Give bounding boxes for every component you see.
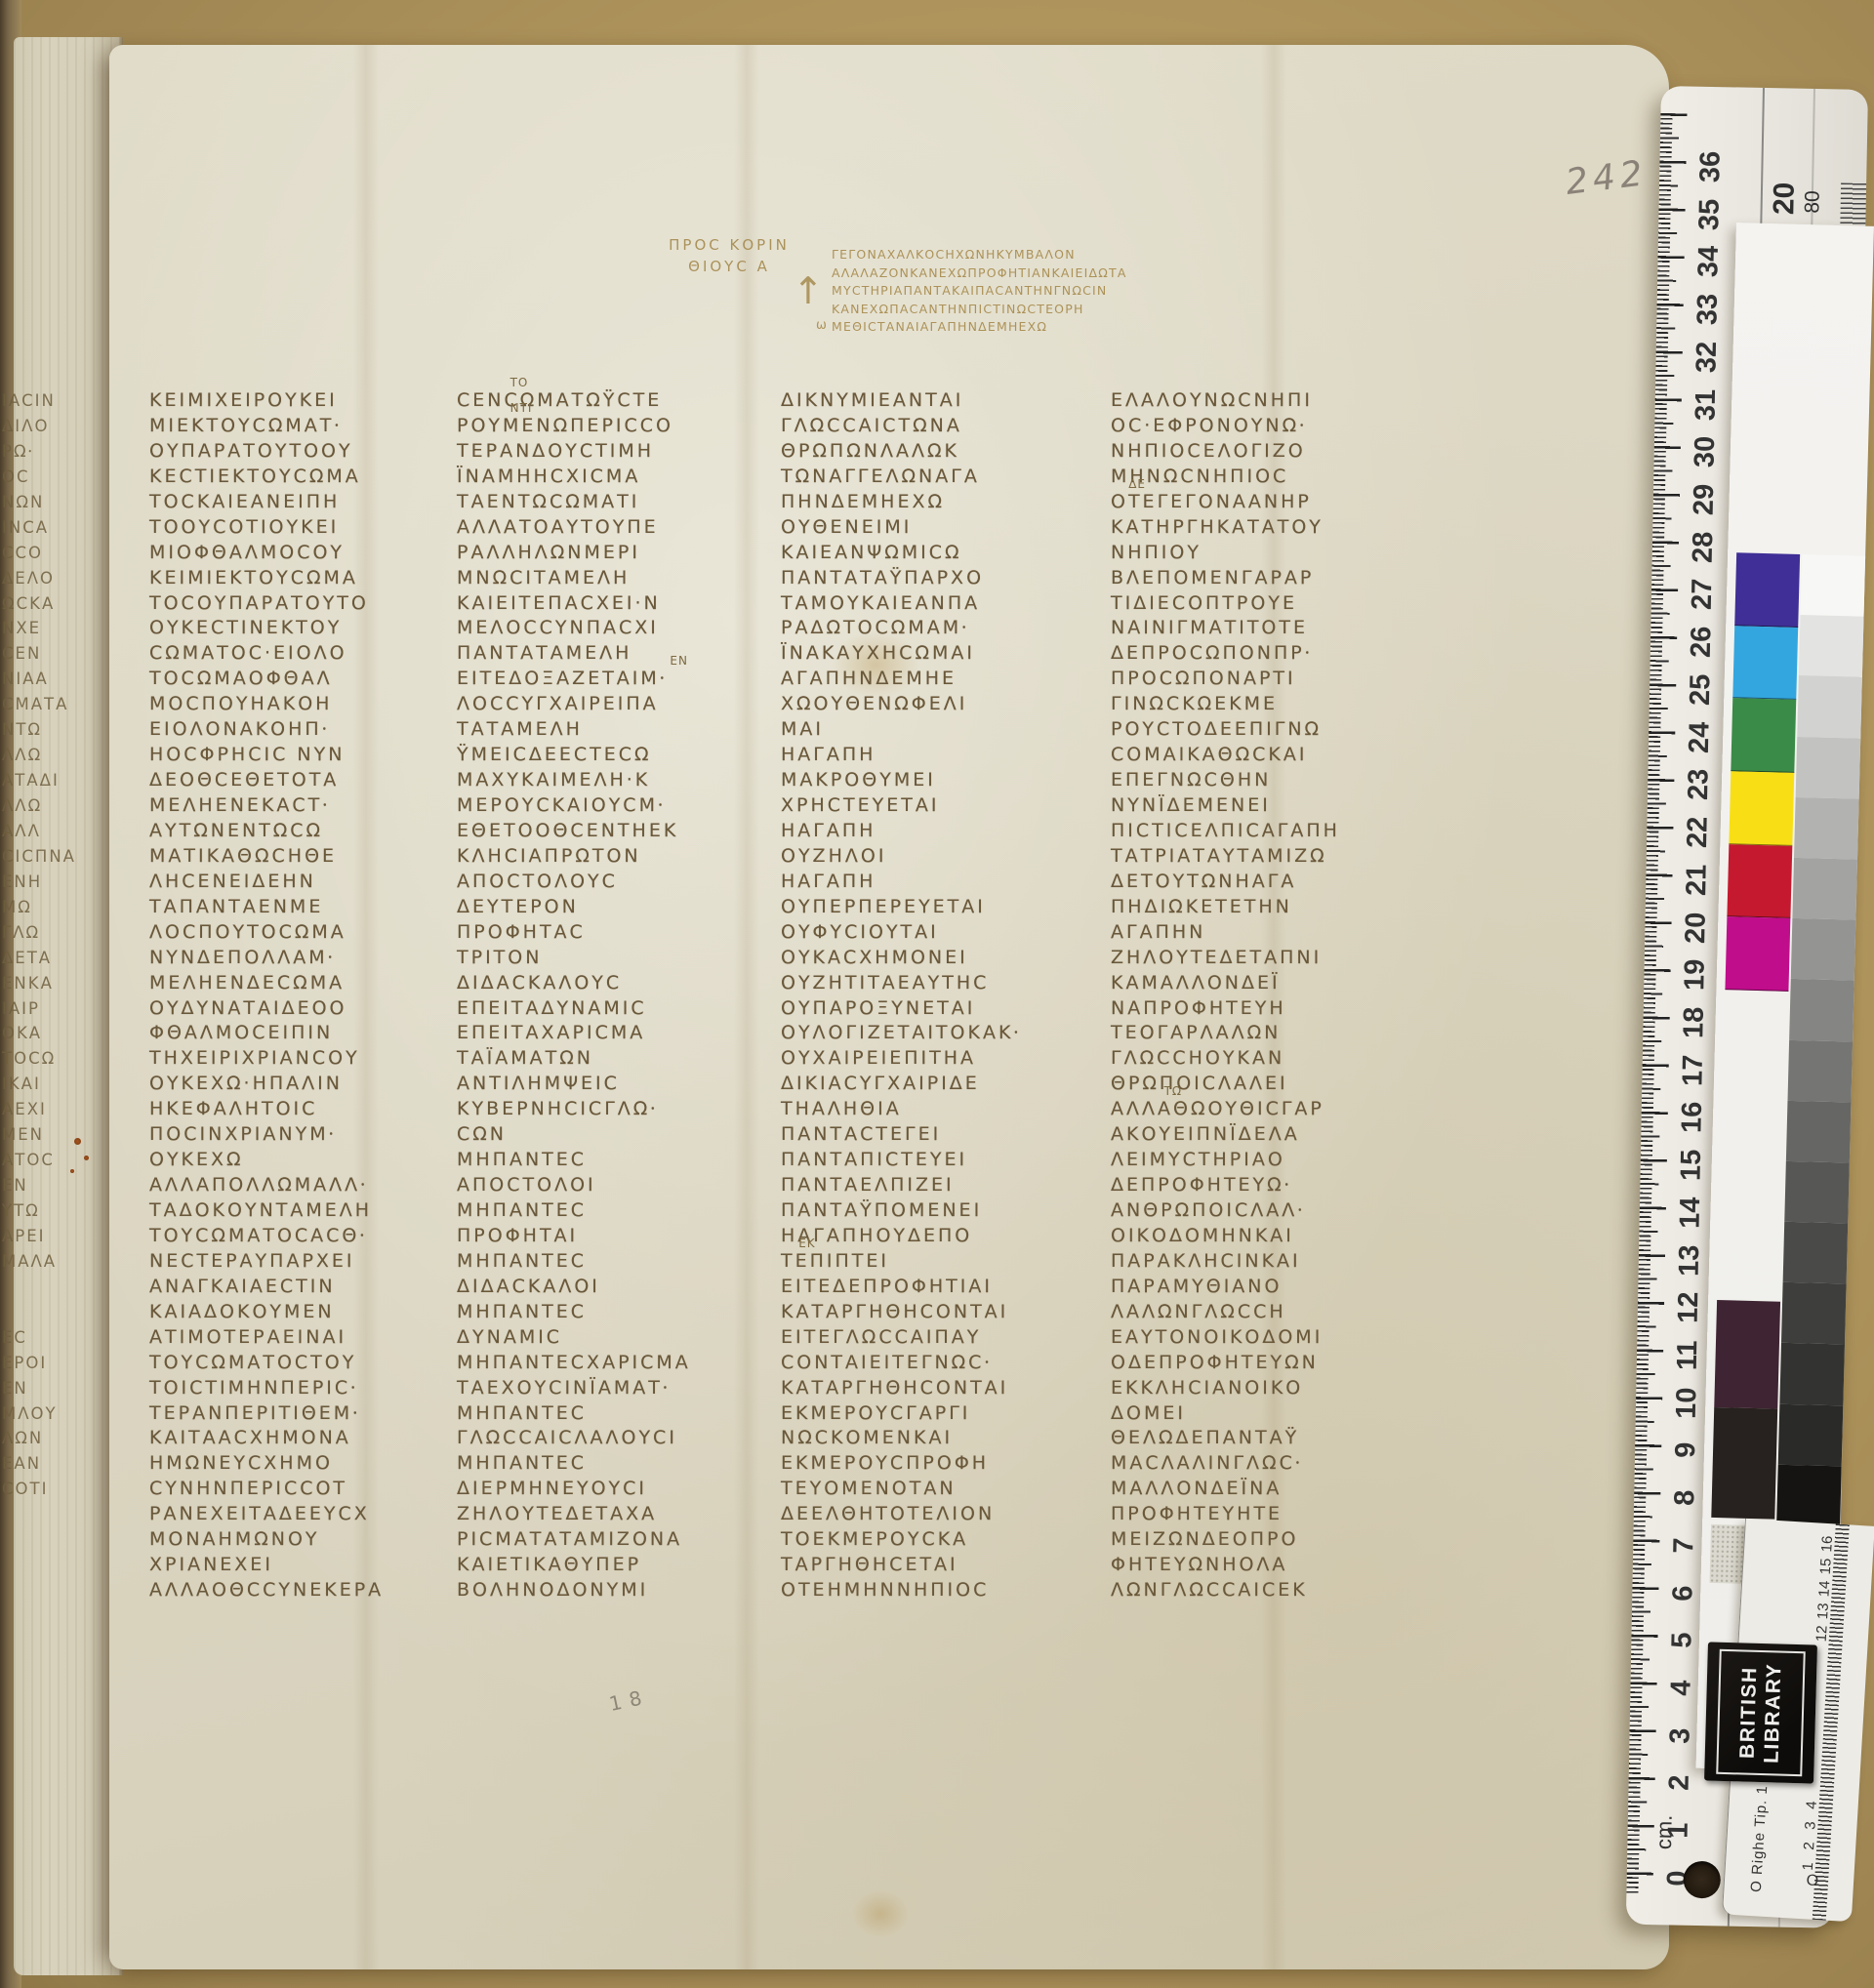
inner-ruler-zero: O	[1806, 1872, 1818, 1890]
ruler-hole	[1683, 1861, 1721, 1899]
interlinear-correction: ΤΟ	[510, 376, 529, 389]
rust-spot	[74, 1138, 81, 1145]
color-patch-column	[1725, 552, 1800, 992]
ruler-unit-label: cm.	[1651, 1814, 1678, 1849]
interlinear-correction: ΕΚ	[798, 1237, 815, 1250]
color-patch-black	[1711, 1407, 1777, 1520]
insertion-siglum: ω	[816, 318, 827, 333]
page-stack-edge: ΙΑϹΙΝΔΙΛΟΡΩ⸱ΟϹΝΩΝΙΝϹΑϹϹΟΔΕΛΟΩϹΚΑΝΧΕϹΕΝΝΙ…	[14, 37, 123, 1975]
color-patch-maroon	[1714, 1300, 1780, 1409]
insertion-arrow-icon: ↑	[793, 269, 824, 312]
interlinear-correction: ΔΕ	[1128, 477, 1146, 491]
interlinear-correction: ΕΝ	[670, 654, 688, 668]
running-title: ΠΡΟϹ ΚΟΡΙΝ ΘΙΟΥϹ Α	[656, 234, 802, 277]
ruler-top-number-80: 80	[1801, 190, 1824, 214]
ruler-top-number-20: 20	[1768, 182, 1802, 215]
column-3: ΔΙΚΝΥΜΙΕΑΝΤΑΙΓΛΩϹϹΑΙϹΤΩΝΑΘΡΩΠΩΝΛΑΛΩΚΤΩΝΑ…	[781, 388, 1103, 1606]
column-2: ϹΕΝϹΩΜΑΤΩΫϹΤΕΡΟΥΜΕΝΩΠΕΡΙϹϹΟΤΕΡΑΝΔΟΥϹΤΙΜΗ…	[457, 388, 769, 1606]
interlinear-correction: ΝΤΙ	[510, 401, 533, 415]
rust-spot	[84, 1156, 89, 1160]
running-title-line1: ΠΡΟϹ ΚΟΡΙΝ	[656, 234, 802, 256]
column-4: ΕΛΑΛΟΥΝΩϹΝΗΠΙΟϹ·ΕΦΡΟΝΟΥΝΩ⸱ΝΗΠΙΟϹΕΛΟΓΙΖΟΜ…	[1111, 388, 1438, 1606]
verso-text-fragments: ΙΑϹΙΝΔΙΛΟΡΩ⸱ΟϹΝΩΝΙΝϹΑϹϹΟΔΕΛΟΩϹΚΑΝΧΕϹΕΝΝΙ…	[2, 388, 109, 1603]
column-1: ΚΕΙΜΙΧΕΙΡΟΥΚΕΙΜΙΕΚΤΟΥϹΩΜΑΤ⸱ΟΥΠΑΡΑΤΟΥΤΟΟΥ…	[149, 388, 454, 1606]
photograph-stage: ΙΑϹΙΝΔΙΛΟΡΩ⸱ΟϹΝΩΝΙΝϹΑϹϹΟΔΕΛΟΩϹΚΑΝΧΕϹΕΝΝΙ…	[0, 0, 1874, 1988]
british-library-label: BRITISH LIBRARY	[1704, 1642, 1817, 1783]
margin-correction-note: ΓΕΓΟΝΑΧΑΛΚΟϹΗΧΩΝΗΚΥΜΒΑΛΟΝΑΛΑΛΑΖΟΝΚΑΝΕΧΩΠ…	[832, 246, 1127, 337]
british-library-frame: BRITISH LIBRARY	[1716, 1649, 1806, 1776]
british-library-line1: BRITISH	[1735, 1666, 1763, 1759]
rust-spot	[70, 1169, 74, 1173]
interlinear-correction: ΤΩ	[1164, 1084, 1183, 1098]
parchment-stain	[851, 1889, 910, 1938]
ruler-top-hatch-ticks	[1840, 183, 1866, 226]
running-title-line2: ΘΙΟΥϹ Α	[656, 256, 802, 277]
british-library-line2: LIBRARY	[1760, 1662, 1787, 1764]
